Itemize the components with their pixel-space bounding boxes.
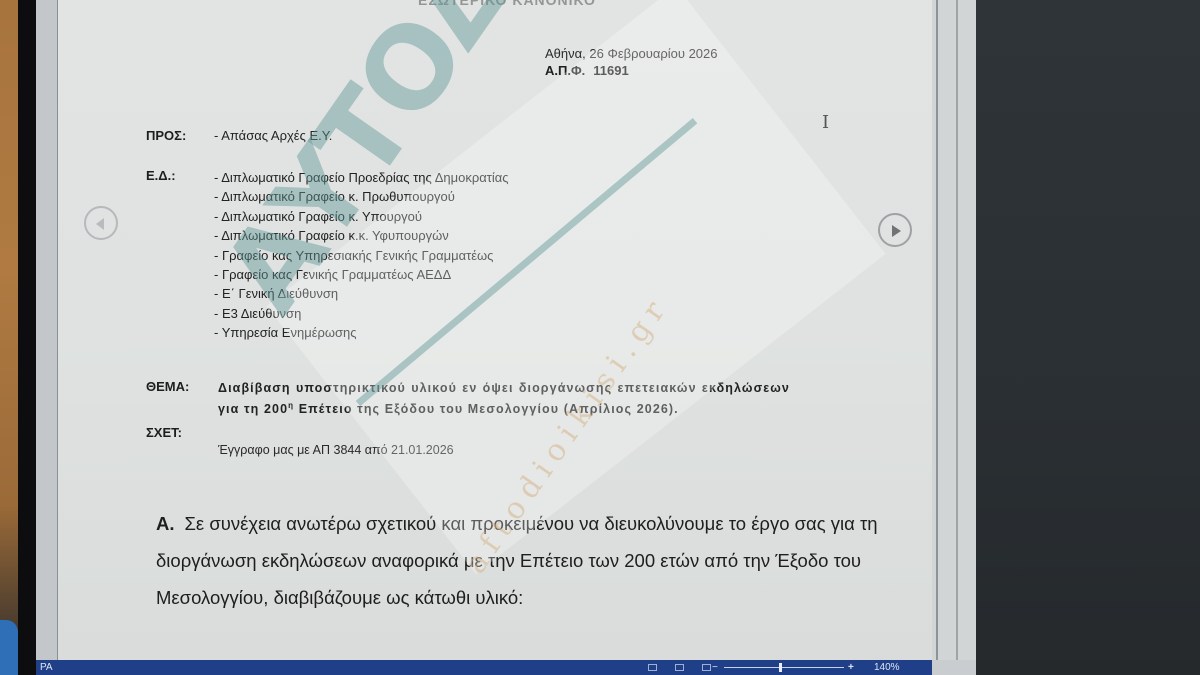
recipient-label: ΠΡΟΣ: <box>146 128 186 143</box>
page-indicator[interactable]: PA <box>40 660 53 675</box>
zoom-out-button[interactable]: − <box>712 660 718 675</box>
zoom-level[interactable]: 140% <box>874 660 900 675</box>
left-margin-gutter <box>36 0 58 660</box>
print-layout-icon[interactable] <box>675 664 684 671</box>
document-page[interactable]: ΕΣΩΤΕΡΙΚΟ ΚΑΝΟΝΙΚΟ Αθήνα, 26 Φεβρουαρίου… <box>58 0 932 660</box>
reference-label: ΣΧΕΤ: <box>146 425 182 440</box>
scrollbar-edge <box>936 0 938 660</box>
zoom-slider-thumb[interactable] <box>779 663 782 672</box>
monitor-bezel <box>18 0 36 675</box>
text-cursor-icon: I <box>822 114 829 132</box>
previous-page-button[interactable] <box>84 206 118 240</box>
read-mode-icon[interactable] <box>648 664 657 671</box>
desk-background <box>0 0 20 675</box>
subject-label: ΘΕΜΑ: <box>146 379 189 394</box>
status-bar: PA − + 140% <box>36 660 932 675</box>
zoom-slider[interactable] <box>724 667 844 668</box>
paragraph-letter: Α. <box>156 513 175 534</box>
next-page-button[interactable] <box>878 213 912 247</box>
vertical-scrollbar[interactable] <box>932 0 976 660</box>
chevron-left-icon <box>96 218 104 230</box>
desktop-background <box>975 0 1200 675</box>
play-icon <box>892 225 901 237</box>
view-mode-buttons <box>648 664 711 671</box>
background-object <box>0 620 18 675</box>
word-processor-window: ΕΣΩΤΕΡΙΚΟ ΚΑΝΟΝΙΚΟ Αθήνα, 26 Φεβρουαρίου… <box>36 0 976 675</box>
scrollbar-edge <box>956 0 958 660</box>
internal-distribution-label: Ε.Δ.: <box>146 168 176 183</box>
zoom-in-button[interactable]: + <box>848 660 854 675</box>
web-layout-icon[interactable] <box>702 664 711 671</box>
